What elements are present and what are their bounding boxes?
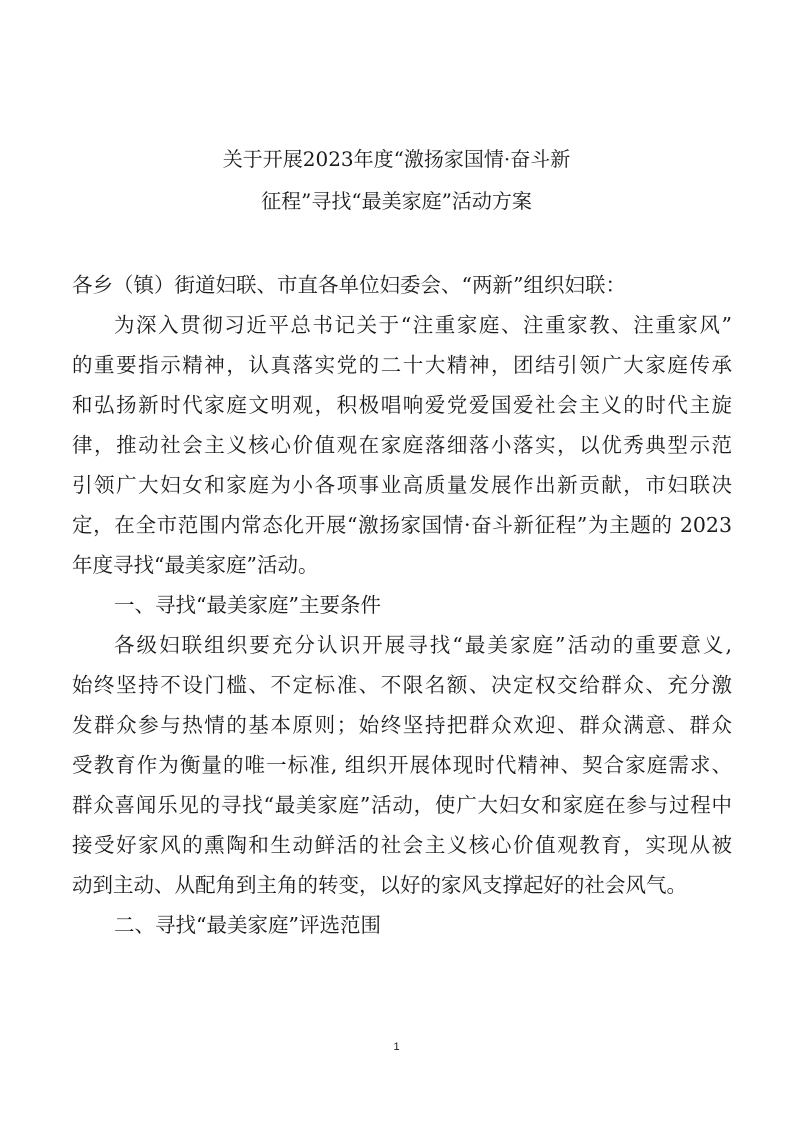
document-title-line-2: 征程”寻找“最美家庭”活动方案 [0,188,793,214]
paragraph-2-line: 接受好家风的熏陶和生动鲜活的社会主义核心价值观教育，实现从被 [72,832,732,858]
section-1-heading: 一、寻找“最美家庭”主要条件 [114,592,732,618]
paragraph-1-line: 为深入贯彻习近平总书记关于“注重家庭、注重家教、注重家风” [114,312,732,338]
paragraph-2-line: 动到主动、从配角到主角的转变，以好的家风支撑起好的社会风气。 [72,872,732,898]
paragraph-1-line: 定，在全市范围内常态化开展“激扬家国情·奋斗新征程”为主题的 2023 [72,512,732,538]
paragraph-2-line: 发群众参与热情的基本原则；始终坚持把群众欢迎、群众满意、群众 [72,712,732,738]
paragraph-1-line: 律，推动社会主义核心价值观在家庭落细落小落实，以优秀典型示范 [72,432,732,458]
page-number: 1 [0,1040,793,1054]
paragraph-1-line: 和弘扬新时代家庭文明观，积极唱响爱党爱国爱社会主义的时代主旋 [72,392,732,418]
paragraph-1-line: 引领广大妇女和家庭为小各项事业高质量发展作出新贡献，市妇联决 [72,472,732,498]
paragraph-2-line: 受教育作为衡量的唯一标准, 组织开展体现时代精神、契合家庭需求、 [72,752,732,778]
paragraph-2-line: 各级妇联组织要充分认识开展寻找“最美家庭”活动的重要意义, [114,632,732,658]
paragraph-2-line: 始终坚持不设门槛、不定标准、不限名额、决定权交给群众、充分激 [72,672,732,698]
salutation: 各乡（镇）街道妇联、市直各单位妇委会、“两新”组织妇联： [72,272,732,298]
document-title-line-1: 关于开展2023年度“激扬家国情·奋斗新 [0,146,793,172]
paragraph-1-line: 的重要指示精神，认真落实党的二十大精神，团结引领广大家庭传承 [72,352,732,378]
paragraph-2-line: 群众喜闻乐见的寻找“最美家庭”活动，使广大妇女和家庭在参与过程中 [72,792,732,818]
paragraph-1-line: 年度寻找“最美家庭”活动。 [72,552,732,578]
section-2-heading: 二、寻找“最美家庭”评选范围 [114,912,732,938]
document-page: 关于开展2023年度“激扬家国情·奋斗新 征程”寻找“最美家庭”活动方案 各乡（… [0,0,793,1122]
